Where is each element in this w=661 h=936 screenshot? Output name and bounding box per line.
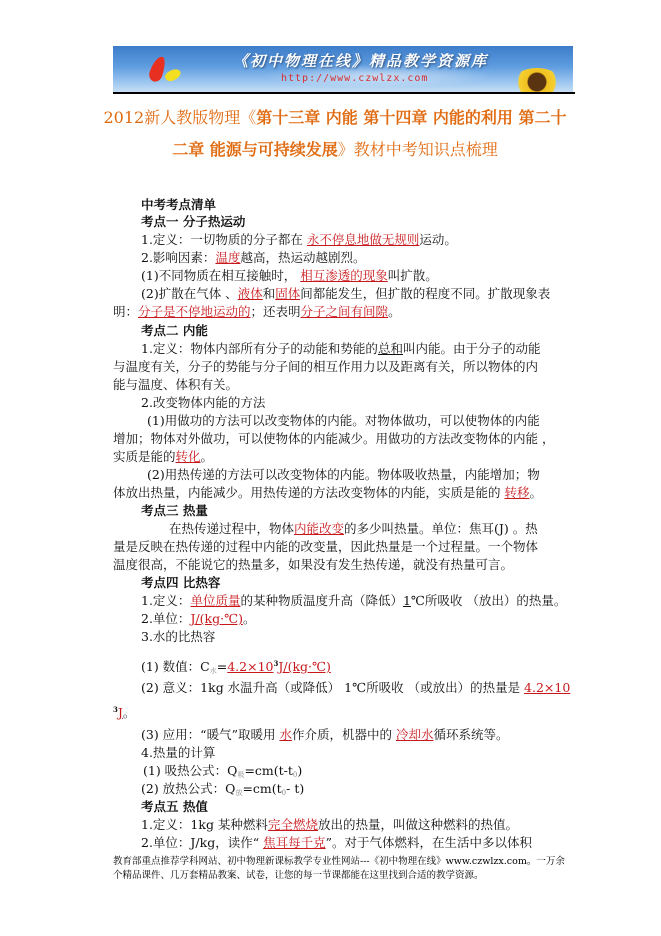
k1-heading: 考点一 分子热运动 bbox=[141, 214, 245, 230]
text: 运动。 bbox=[419, 232, 457, 247]
text: 。 bbox=[123, 705, 136, 720]
text: 放出的热量，叫做这种燃料的热值。 bbox=[318, 817, 518, 832]
key-answer: 冷却水 bbox=[396, 727, 434, 742]
text: 2.单位： bbox=[141, 611, 190, 626]
text: (1) 数值：C bbox=[141, 659, 210, 674]
key-answer: 分子是不停地运动的 bbox=[138, 304, 251, 319]
key-answer: 永不停息地做无规则 bbox=[307, 232, 420, 247]
k4-water-title: 3.水的比热容 bbox=[141, 629, 215, 645]
title-chapter-22: 二章 能源与可持续发展 bbox=[172, 140, 338, 159]
key-answer: 温度 bbox=[215, 250, 240, 265]
key-answer: 焦耳每千克 bbox=[263, 835, 326, 850]
text: (2) 意义：1kg 水温升高（或降低） 1℃所吸收 （或放出）的热量是 bbox=[141, 680, 524, 695]
formula: =cm(t bbox=[242, 781, 281, 796]
text: 2.影响因素： bbox=[141, 250, 215, 265]
key-answer: 4.2×10 bbox=[524, 680, 570, 695]
k3-line2: 量是反映在热传递的过程中内能的改变量，因此热量是一个过程量。一个物体 bbox=[113, 539, 538, 555]
key-answer: J/(kg·℃) bbox=[278, 659, 331, 674]
text: 2.单位：J/kg，读作“ bbox=[141, 835, 263, 850]
text: ”。对于气体燃料，在生活中多以体积 bbox=[326, 835, 532, 850]
text: 。 bbox=[530, 485, 543, 500]
formula: ) bbox=[297, 763, 302, 778]
banner-url: http://www.czwlzx.com bbox=[281, 73, 428, 84]
text: 。 bbox=[201, 449, 214, 464]
k2-method-1-line2: 增加；物体对外做功，可以使物体的内能减少。用做功的方法改变物体的内能 ， bbox=[113, 431, 554, 447]
text: (2) 放热公式：Q bbox=[141, 781, 235, 796]
k2-method-2: (2)用热传递的方法可以改变物体的内能。物体吸收热量，内能增加；物 bbox=[147, 467, 540, 483]
key-answer: 单位质量 bbox=[190, 593, 240, 608]
key-answer: 内能改变 bbox=[294, 521, 344, 536]
text: 叫内能。由于分子的动能 bbox=[403, 341, 541, 356]
key-term: 总和 bbox=[378, 341, 403, 356]
logo-icon bbox=[147, 55, 167, 84]
site-banner: 《初中物理在线》精品教学资源库 http://www.czwlzx.com bbox=[113, 46, 573, 92]
k3-heading: 考点三 热量 bbox=[141, 503, 208, 519]
key-answer: 水 bbox=[279, 727, 292, 742]
k4-water-application: (3) 应用：“暖气”取暖用 水作介质，机器中的 冷却水循环系统等。 bbox=[141, 727, 508, 743]
sunflower-image bbox=[513, 68, 561, 92]
text: (1) 吸热公式：Q bbox=[143, 763, 237, 778]
footer-line-2: 个精品课件、几万套精品教案、试卷，让您的每一节课都能在这里找到合适的教学资源。 bbox=[113, 869, 573, 883]
k4-water-value: (1) 数值：C水=4.2×103J/(kg·℃) bbox=[141, 656, 331, 679]
k4-calc-absorb: (1) 吸热公式：Q吸=cm(t-t0) bbox=[143, 763, 302, 783]
k5-definition: 1.定义：1kg 某种燃料完全燃烧放出的热量，叫做这种燃料的热值。 bbox=[141, 817, 518, 833]
k2-method-title: 2.改变物体内能的方法 bbox=[141, 395, 265, 411]
page-footer: 教育部重点推荐学科网站、初中物理新课标教学专业性网站---《初中物理在线》www… bbox=[113, 855, 573, 883]
title-prefix: 2012新人教版物理《 bbox=[103, 108, 256, 127]
key-answer: 转移 bbox=[504, 485, 529, 500]
k2-definition-line3: 能与温度、体积有关。 bbox=[113, 377, 238, 393]
title-chapters: 第十三章 内能 第十四章 内能的利用 第二十 bbox=[256, 108, 566, 127]
key-answer: 完全燃烧 bbox=[268, 817, 318, 832]
key-answer: 分子之间有间隙 bbox=[301, 304, 389, 319]
section-title: 中考考点清单 bbox=[141, 197, 216, 213]
key-answer: 转化 bbox=[176, 449, 201, 464]
k3-line3: 温度很高，不能说它的热量多，如果没有发生热传递，就没有热量可言。 bbox=[113, 557, 513, 573]
text: 和 bbox=[263, 286, 276, 301]
text: 作介质，机器中的 bbox=[292, 727, 396, 742]
text: 越高，热运动越剧烈。 bbox=[240, 250, 365, 265]
k1-point-1: (1)不同物质在相互接触时， 相互渗透的现象叫扩散。 bbox=[141, 268, 438, 284]
text: 实质是能的 bbox=[113, 449, 176, 464]
k2-method-2-line2: 体放出热量，内能减少。用热传递的方法改变物体的内能，实质是能的 转移。 bbox=[113, 485, 542, 501]
k4-heading: 考点四 比热容 bbox=[141, 575, 220, 591]
k1-point-2-cont: 明：分子是不停地运动的；还表明分子之间有间隙。 bbox=[113, 304, 401, 320]
text: 1.定义：一切物质的分子都在 bbox=[141, 232, 307, 247]
header-rule bbox=[113, 92, 575, 94]
k1-factor: 2.影响因素：温度越高，热运动越剧烈。 bbox=[141, 250, 365, 266]
title-line-1: 2012新人教版物理《第十三章 内能 第十四章 内能的利用 第二十 bbox=[100, 102, 570, 134]
key-answer: 相互渗透的现象 bbox=[300, 268, 388, 283]
text: = bbox=[217, 659, 227, 674]
key-answer: 4.2×10 bbox=[227, 659, 273, 674]
document-title: 2012新人教版物理《第十三章 内能 第十四章 内能的利用 第二十 二章 能源与… bbox=[100, 102, 570, 166]
text: 。 bbox=[243, 611, 256, 626]
key-answer: J/(kg·℃) bbox=[190, 611, 243, 626]
k1-definition: 1.定义：一切物质的分子都在 永不停息地做无规则运动。 bbox=[141, 232, 457, 248]
footer-line-1: 教育部重点推荐学科网站、初中物理新课标教学专业性网站---《初中物理在线》www… bbox=[113, 855, 573, 869]
text: 间都能发生，但扩散的程度不同。扩散现象表 bbox=[300, 286, 550, 301]
subscript: 水 bbox=[210, 667, 217, 675]
k2-method-1-line3: 实质是能的转化。 bbox=[113, 449, 213, 465]
k2-definition-line2: 与温度有关，分子的势能与分子间的相互作用力以及距离有关，所以物体的内 bbox=[113, 359, 538, 375]
text: ；还表明 bbox=[251, 304, 301, 319]
k4-calc-title: 4.热量的计算 bbox=[141, 745, 215, 761]
k4-calc-release: (2) 放热公式：Q放=cm(t0- t) bbox=[141, 781, 304, 801]
k4-water-meaning: (2) 意义：1kg 水温升高（或降低） 1℃所吸收 （或放出）的热量是 4.2… bbox=[141, 680, 570, 696]
logo-accent-icon bbox=[164, 67, 183, 84]
text: 1.定义：1kg 某种燃料 bbox=[141, 817, 268, 832]
k4-definition: 1.定义：单位质量的某种物质温度升高（降低）1℃所吸收 （放出）的热量。 bbox=[141, 593, 566, 609]
formula: - t) bbox=[286, 781, 304, 796]
text: ℃所吸收 （放出）的热量。 bbox=[411, 593, 566, 608]
text: 1.定义： bbox=[141, 593, 190, 608]
banner-title: 《初中物理在线》精品教学资源库 bbox=[233, 50, 488, 71]
title-line-2: 二章 能源与可持续发展》教材中考知识点梳理 bbox=[100, 134, 570, 166]
text: 明： bbox=[113, 304, 138, 319]
text: 1.定义：物体内部所有分子的动能和势能的 bbox=[141, 341, 378, 356]
text: (2)扩散在气体 、 bbox=[141, 286, 238, 301]
k2-heading: 考点二 内能 bbox=[141, 323, 208, 339]
title-suffix: 》教材中考知识点梳理 bbox=[338, 140, 498, 159]
text: (1)不同物质在相互接触时， bbox=[141, 268, 300, 283]
text: 体放出热量，内能减少。用热传递的方法改变物体的内能，实质是能的 bbox=[113, 485, 504, 500]
k4-unit: 2.单位：J/(kg·℃)。 bbox=[141, 611, 255, 627]
k4-water-meaning-cont: 3J。 bbox=[113, 702, 135, 721]
text: 叫扩散。 bbox=[388, 268, 438, 283]
k1-point-2: (2)扩散在气体 、液体和固体间都能发生，但扩散的程度不同。扩散现象表 bbox=[141, 286, 550, 302]
k2-method-1: (1)用做功的方法可以改变物体的内能。对物体做功，可以使物体的内能 bbox=[147, 413, 540, 429]
key-term: 1 bbox=[403, 593, 411, 608]
k5-unit: 2.单位：J/kg，读作“ 焦耳每千克”。对于气体燃料，在生活中多以体积 bbox=[141, 835, 532, 851]
text: 在热传递过程中，物体 bbox=[169, 521, 294, 536]
text: 循环系统等。 bbox=[433, 727, 508, 742]
text: 的某种物质温度升高（降低） bbox=[240, 593, 403, 608]
k2-definition: 1.定义：物体内部所有分子的动能和势能的总和叫内能。由于分子的动能 bbox=[141, 341, 540, 357]
text: 。 bbox=[388, 304, 401, 319]
k3-line1: 在热传递过程中，物体内能改变的多少叫热量。单位：焦耳(J) 。热 bbox=[169, 521, 538, 537]
text: (3) 应用：“暖气”取暖用 bbox=[141, 727, 279, 742]
text: 的多少叫热量。单位：焦耳(J) 。热 bbox=[344, 521, 538, 536]
k5-heading: 考点五 热值 bbox=[141, 799, 208, 815]
key-answer: 固体 bbox=[275, 286, 300, 301]
key-answer: 液体 bbox=[238, 286, 263, 301]
formula: =cm(t-t bbox=[244, 763, 292, 778]
